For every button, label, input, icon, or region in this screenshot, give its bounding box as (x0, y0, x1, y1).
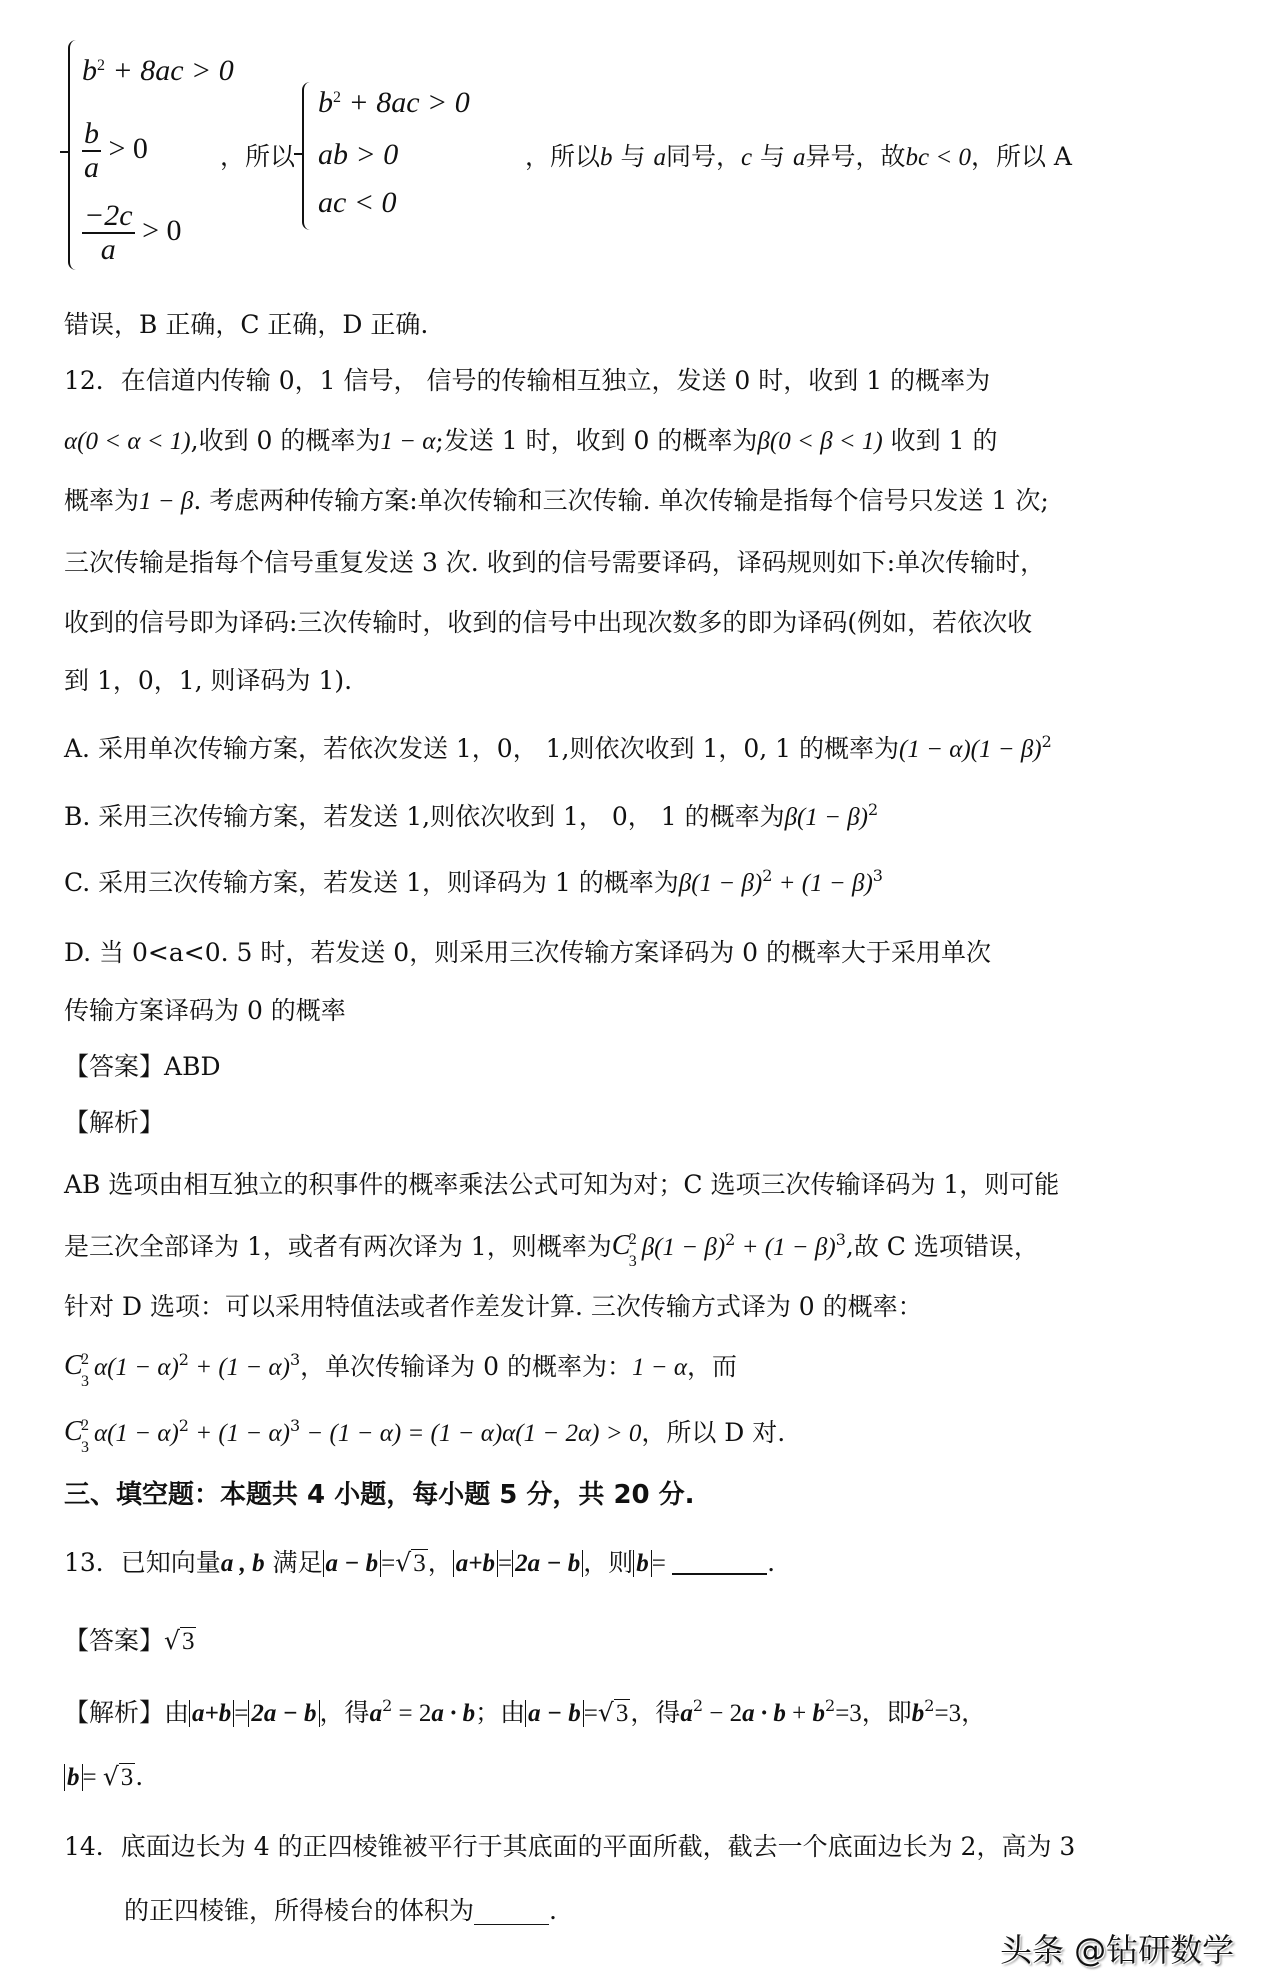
conclusion-line2: 错误，B 正确，C 正确，D 正确. (64, 308, 428, 342)
sqrt-3: √3 (395, 1546, 427, 1581)
q14-stem-line2: 的正四棱锥，所得棱台的体积为______. (124, 1894, 557, 1928)
q12-answer: 【答案】ABD (64, 1050, 221, 1084)
q12-analysis-line1: AB 选项由相互独立的积事件的概率乘法公式可知为对；C 选项三次传输译码为 1，… (64, 1168, 1059, 1202)
brace-tip (60, 151, 68, 153)
q12-stem-line3: 概率为1 − β. 考虑两种传输方案:单次传输和三次传输. 单次传输是指每个信号… (64, 484, 1049, 519)
q13-analysis-line1: 【解析】由a+b=2a − b，得a2 = 2a · b；由a − b=√3，得… (64, 1696, 986, 1731)
answer-value: √3 (164, 1624, 196, 1659)
q13-analysis-line2: b= √3. (64, 1760, 143, 1795)
section-heading-fill-in-blank: 三、填空题：本题共 4 小题，每小题 5 分，共 20 分. (64, 1478, 695, 1512)
q12-analysis-line4: C23α(1 − α)2 + (1 − α)3，单次传输译为 0 的概率为：1 … (64, 1350, 737, 1385)
q12-option-d-line1: D. 当 0<a<0. 5 时，若发送 0，则采用三次传输方案译码为 0 的概率… (64, 936, 991, 970)
brace-tip (294, 153, 302, 155)
brace-lower (302, 154, 314, 230)
inequality-system-2: b2 + 8ac > 0 ab > 0 ac < 0 (290, 82, 510, 232)
q12-stem-line5: 收到的信号即为译码:三次传输时，收到的信号中出现次数多的即为译码(例如，若依次收 (64, 606, 1032, 640)
q12-analysis-label: 【解析】 (64, 1106, 164, 1140)
q12-option-c: C. 采用三次传输方案，若发送 1，则译码为 1 的概率为β(1 − β)2 +… (64, 866, 883, 901)
q12-stem-line4: 三次传输是指每个信号重复发送 3 次. 收到的信号需要译码，译码规则如下:单次传… (64, 546, 1045, 580)
q12-analysis-line5: C23α(1 − α)2 + (1 − α)3 − (1 − α) = (1 −… (64, 1416, 785, 1451)
q13-answer: 【答案】√3 (64, 1624, 196, 1659)
q13-stem: 13．已知向量a , b 满足a − b=√3，a+b=2a − b，则b= . (64, 1546, 775, 1581)
watermark: 头条 @钻研数学 (1000, 1925, 1234, 1971)
system2-row2: ab > 0 (318, 138, 398, 172)
system1-row3: −2ca > 0 (82, 200, 181, 266)
brace-upper (68, 40, 80, 152)
q12-option-b: B. 采用三次传输方案，若发送 1,则依次收到 1， 0， 1 的概率为β(1 … (64, 800, 878, 835)
answer-value: ABD (164, 1052, 220, 1081)
q12-option-d-line2: 传输方案译码为 0 的概率 (64, 994, 346, 1028)
q14-stem-line1: 14．底面边长为 4 的正四棱锥被平行于其底面的平面所截，截去一个底面边长为 2… (64, 1830, 1075, 1864)
brace-upper (302, 82, 314, 154)
q12-analysis-line3: 针对 D 选项：可以采用特值法或者作差发计算. 三次传输方式译为 0 的概率： (64, 1290, 923, 1324)
system1-row2: ba > 0 (82, 118, 148, 184)
q12-stem-line2: α(0 < α < 1),收到 0 的概率为1 − α;发送 1 时，收到 0 … (64, 424, 997, 459)
system2-row1: b2 + 8ac > 0 (318, 86, 470, 120)
answer-label: 【答案】 (64, 1052, 164, 1081)
answer-blank (672, 1573, 767, 1575)
connector-so: ，所以 (220, 140, 295, 174)
system1-row1: b2 + 8ac > 0 (82, 54, 234, 88)
q12-stem-line6: 到 1，0，1, 则译码为 1). (64, 664, 352, 698)
system2-row3: ac < 0 (318, 186, 397, 220)
q12-option-a: A. 采用单次传输方案，若依次发送 1，0， 1,则依次收到 1，0, 1 的概… (64, 732, 1052, 767)
conclusion-line1: ，所以b 与 a同号，c 与 a异号，故bc < 0，所以 A (525, 140, 1072, 175)
answer-label: 【答案】 (64, 1626, 164, 1655)
q12-analysis-line2: 是三次全部译为 1，或者有两次译为 1，则概率为C23β(1 − β)2 + (… (64, 1230, 1039, 1265)
q12-stem-line1: 12．在信道内传输 0，1 信号， 信号的传输相互独立，发送 0 时，收到 1 … (64, 364, 990, 398)
brace-lower (68, 152, 80, 270)
